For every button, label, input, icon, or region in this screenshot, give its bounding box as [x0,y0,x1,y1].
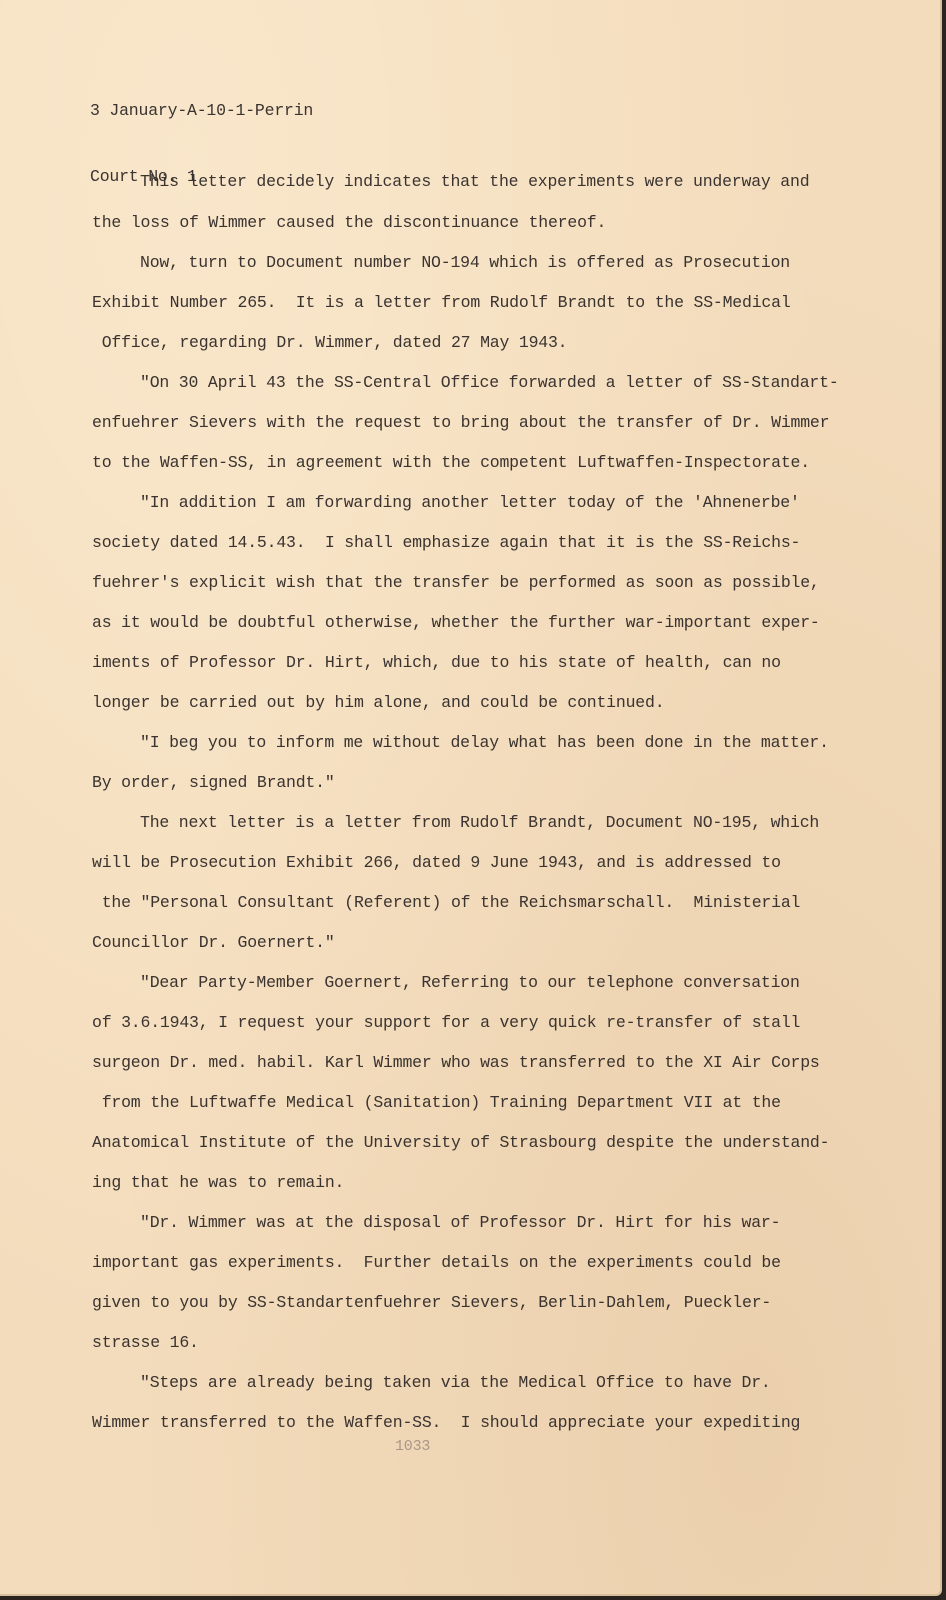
text-line: Anatomical Institute of the University o… [92,1133,829,1152]
text-line: "Dear Party-Member Goernert, Referring t… [140,973,800,992]
text-line: as it would be doubtful otherwise, wheth… [92,613,820,632]
text-line: strasse 16. [92,1333,199,1352]
text-line: society dated 14.5.43. I shall emphasize… [92,533,800,552]
page-number: 1033 [395,1438,430,1455]
text-line: enfuehrer Sievers with the request to br… [92,413,829,432]
text-line: given to you by SS-Standartenfuehrer Sie… [92,1293,771,1312]
text-line: Now, turn to Document number NO-194 whic… [140,253,790,272]
text-line: will be Prosecution Exhibit 266, dated 9… [92,853,781,872]
text-line: "On 30 April 43 the SS-Central Office fo… [140,373,839,392]
text-line: from the Luftwaffe Medical (Sanitation) … [92,1093,781,1112]
text-line: Wimmer transferred to the Waffen-SS. I s… [92,1413,800,1432]
text-line: fuehrer's explicit wish that the transfe… [92,573,820,592]
text-line: "In addition I am forwarding another let… [140,493,800,512]
text-line: The next letter is a letter from Rudolf … [140,813,819,832]
text-line: By order, signed Brandt." [92,773,335,792]
text-line: longer be carried out by him alone, and … [92,693,664,712]
text-line: "Dr. Wimmer was at the disposal of Profe… [140,1213,780,1232]
text-line: important gas experiments. Further detai… [92,1253,781,1272]
text-line: Exhibit Number 265. It is a letter from … [92,293,791,312]
text-line: This letter decidely indicates that the … [140,172,809,191]
text-line: Office, regarding Dr. Wimmer, dated 27 M… [92,333,567,352]
text-line: surgeon Dr. med. habil. Karl Wimmer who … [92,1053,820,1072]
document-header: 3 January-A-10-1-Perrin Court No. 1 [90,56,313,232]
text-line: the "Personal Consultant (Referent) of t… [92,893,800,912]
text-line: the loss of Wimmer caused the discontinu… [92,213,606,232]
text-line: of 3.6.1943, I request your support for … [92,1013,800,1032]
document-page: 3 January-A-10-1-Perrin Court No. 1 This… [0,0,942,1596]
text-line: "Steps are already being taken via the M… [140,1373,771,1392]
text-line: to the Waffen-SS, in agreement with the … [92,453,810,472]
text-line: "I beg you to inform me without delay wh… [140,733,829,752]
text-line: ing that he was to remain. [92,1173,344,1192]
header-session-line: 3 January-A-10-1-Perrin [90,100,313,122]
text-line: Councillor Dr. Goernert." [92,933,335,952]
text-line: iments of Professor Dr. Hirt, which, due… [92,653,781,672]
